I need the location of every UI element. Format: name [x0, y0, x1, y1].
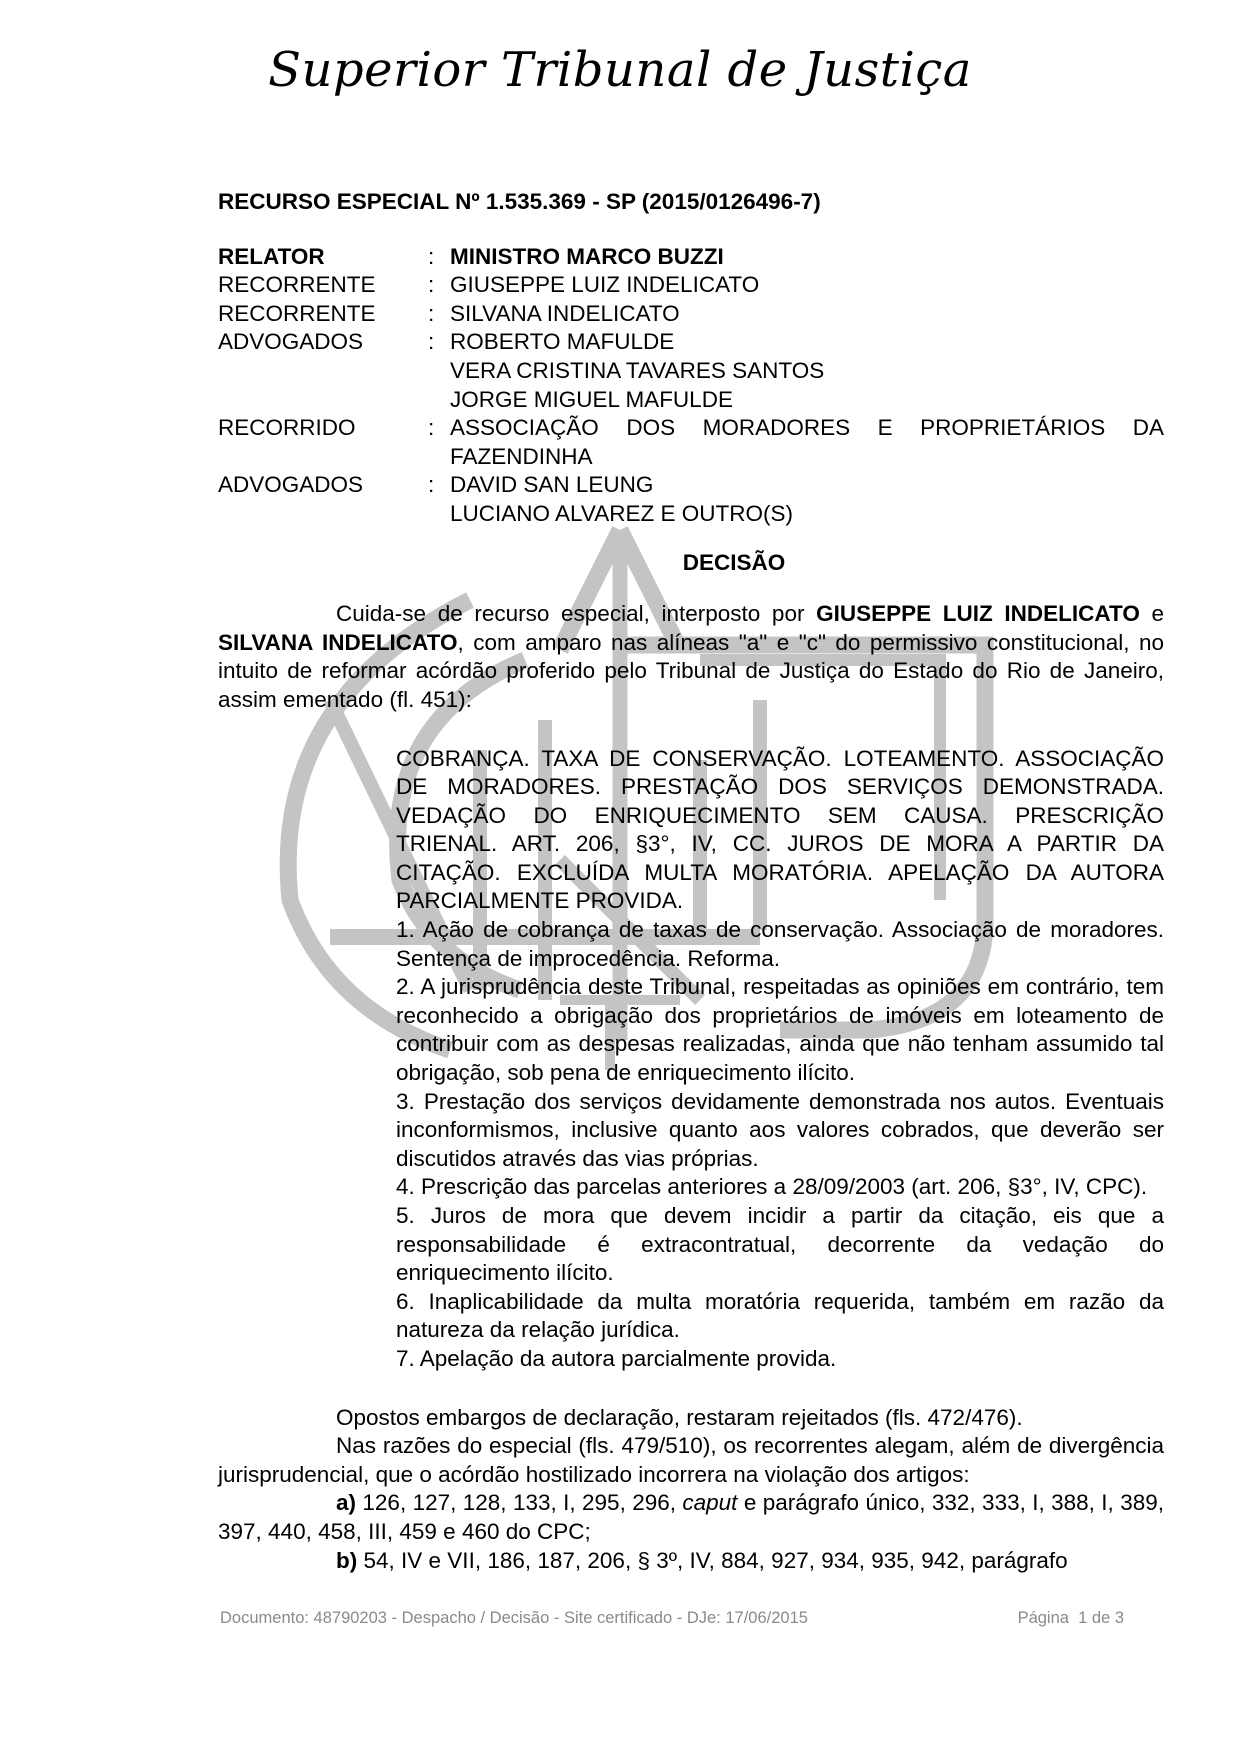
document-info: Documento: 48790203 - Despacho / Decisão… [220, 1609, 808, 1628]
ementa-item: 3. Prestação dos serviços devidamente de… [396, 1088, 1164, 1174]
court-name-header: Superior Tribunal de Justiça [0, 42, 1240, 98]
parties-table: RELATOR : MINISTRO MARCO BUZZI RECORRENT… [218, 243, 1164, 529]
party-value-relator: MINISTRO MARCO BUZZI [450, 243, 1164, 272]
ementa-item: 4. Prescrição das parcelas anteriores a … [396, 1173, 1164, 1202]
section-title-decisao: DECISÃO [304, 549, 1164, 578]
razoes-paragraph: Nas razões do especial (fls. 479/510), o… [218, 1432, 1164, 1489]
document-body: RECURSO ESPECIAL Nº 1.535.369 - SP (2015… [218, 188, 1164, 1575]
party-value-advogado: LUCIANO ALVAREZ E OUTRO(S) [450, 500, 1164, 529]
intro-paragraph: Cuida-se de recurso especial, interposto… [218, 600, 1164, 714]
ementa-item: 7. Apelação da autora parcialmente provi… [396, 1345, 1164, 1374]
intro-text: Cuida-se de recurso especial, interposto… [336, 601, 816, 626]
party-value-advogado: VERA CRISTINA TAVARES SANTOS [450, 357, 1164, 386]
party-value-advogado: JORGE MIGUEL MAFULDE [450, 386, 1164, 415]
process-title: RECURSO ESPECIAL Nº 1.535.369 - SP (2015… [218, 188, 1164, 217]
party-colon: : [428, 243, 450, 272]
party-label-recorrente: RECORRENTE [218, 271, 428, 300]
party-label-advogados: ADVOGADOS [218, 328, 428, 357]
intro-text: e [1140, 601, 1164, 626]
embargos-paragraph: Opostos embargos de declaração, restaram… [218, 1404, 1164, 1433]
party-label-relator: RELATOR [218, 243, 428, 272]
party-colon: : [428, 471, 450, 500]
party-value-advogado: ROBERTO MAFULDE [450, 328, 1164, 357]
party-value-recorrente: GIUSEPPE LUIZ INDELICATO [450, 271, 1164, 300]
ementa-block: COBRANÇA. TAXA DE CONSERVAÇÃO. LOTEAMENT… [396, 745, 1164, 1374]
recorrente-name-2: SILVANA INDELICATO [218, 630, 457, 655]
party-colon: : [428, 300, 450, 329]
ementa-item: 1. Ação de cobrança de taxas de conserva… [396, 916, 1164, 973]
party-label-recorrido: RECORRIDO [218, 414, 428, 471]
party-value-recorrido: ASSOCIAÇÃO DOS MORADORES E PROPRIETÁRIOS… [450, 414, 1164, 471]
page-number: Página 1 de 3 [1018, 1609, 1124, 1628]
ementa-item: 6. Inaplicabilidade da multa moratória r… [396, 1288, 1164, 1345]
page-footer: Documento: 48790203 - Despacho / Decisão… [220, 1609, 1124, 1628]
ementa-item: 5. Juros de mora que devem incidir a par… [396, 1202, 1164, 1288]
ementa-item: 2. A jurisprudência deste Tribunal, resp… [396, 973, 1164, 1087]
party-value-recorrente: SILVANA INDELICATO [450, 300, 1164, 329]
recorrente-name-1: GIUSEPPE LUIZ INDELICATO [816, 601, 1140, 626]
item-text: 54, IV e VII, 186, 187, 206, § 3º, IV, 8… [357, 1548, 1067, 1573]
party-colon: : [428, 328, 450, 357]
party-colon: : [428, 414, 450, 471]
item-marker: a) [336, 1490, 356, 1515]
violated-articles-item-b: b) 54, IV e VII, 186, 187, 206, § 3º, IV… [218, 1547, 1164, 1576]
party-label-recorrente: RECORRENTE [218, 300, 428, 329]
party-label-advogados: ADVOGADOS [218, 471, 428, 500]
item-marker: b) [336, 1548, 357, 1573]
party-colon: : [428, 271, 450, 300]
ementa-heading: COBRANÇA. TAXA DE CONSERVAÇÃO. LOTEAMENT… [396, 745, 1164, 917]
violated-articles-item-a: a) 126, 127, 128, 133, I, 295, 296, capu… [218, 1489, 1164, 1546]
item-italic-text: caput [682, 1490, 737, 1515]
item-text: 126, 127, 128, 133, I, 295, 296, [356, 1490, 682, 1515]
party-value-advogado: DAVID SAN LEUNG [450, 471, 1164, 500]
